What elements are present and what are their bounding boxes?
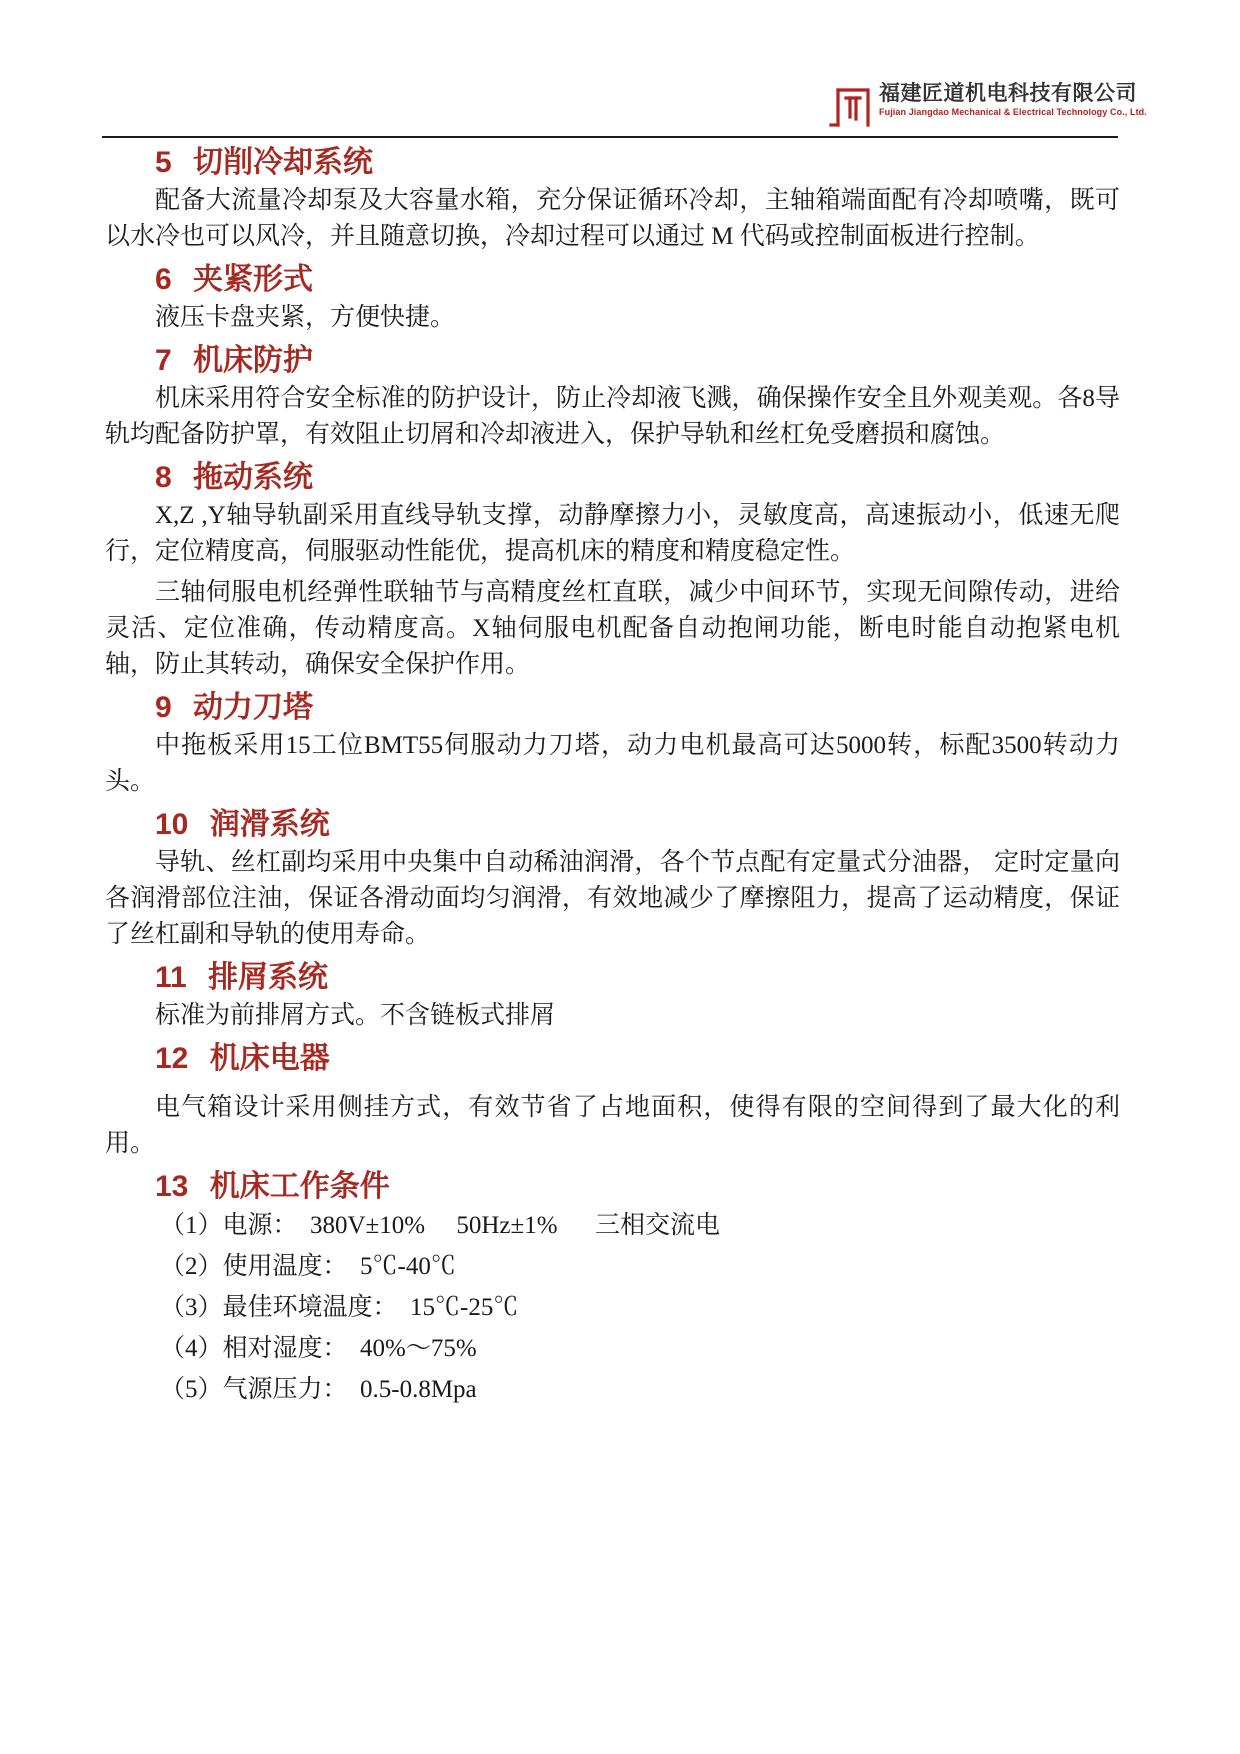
section-heading: 5 切削冷却系统 <box>155 146 1120 180</box>
section-drive-system: 8 拖动系统 X,Z ,Y轴导轨副采用直线导轨支撑，动静摩擦力小，灵敏度高，高速… <box>105 461 1120 683</box>
section-title: 夹紧形式 <box>193 263 313 296</box>
section-title: 机床防护 <box>193 344 313 377</box>
condition-item-ambient-temp: （3）最佳环境温度： 15℃-25℃ <box>160 1290 1120 1326</box>
section-title: 机床电器 <box>210 1042 330 1075</box>
paragraph: 配备大流量冷却泵及大容量水箱，充分保证循环冷却，主轴箱端面配有冷却喷嘴，既可以水… <box>105 183 1120 255</box>
section-number: 13 <box>155 1170 188 1203</box>
section-number: 6 <box>155 263 172 296</box>
paragraph: 机床采用符合安全标准的防护设计，防止冷却液飞溅，确保操作安全且外观美观。各8导轨… <box>105 381 1120 453</box>
section-heading: 7 机床防护 <box>155 344 1120 378</box>
section-chip-removal: 11 排屑系统 标准为前排屑方式。不含链板式排屑 <box>105 961 1120 1034</box>
section-number: 5 <box>155 146 172 179</box>
section-number: 9 <box>155 691 172 724</box>
working-conditions-list: （1）电源： 380V±10% 50Hz±1% 三相交流电 （2）使用温度： 5… <box>105 1208 1120 1408</box>
section-number: 11 <box>155 961 187 994</box>
section-power-turret: 9 动力刀塔 中拖板采用15工位BMT55伺服动力刀塔，动力电机最高可达5000… <box>105 691 1120 800</box>
section-cutting-cooling: 5 切削冷却系统 配备大流量冷却泵及大容量水箱，充分保证循环冷却，主轴箱端面配有… <box>105 146 1120 255</box>
company-name-zh: 福建匠道机电科技有限公司 <box>879 82 1147 106</box>
paragraph: 导轨、丝杠副均采用中央集中自动稀油润滑，各个节点配有定量式分油器， 定时定量向各… <box>105 845 1120 953</box>
section-number: 12 <box>155 1042 188 1075</box>
section-heading: 11 排屑系统 <box>155 961 1120 995</box>
paragraph: 标准为前排屑方式。不含链板式排屑 <box>105 998 1120 1034</box>
paragraph: X,Z ,Y轴导轨副采用直线导轨支撑，动静摩擦力小，灵敏度高，高速振动小，低速无… <box>105 498 1120 570</box>
condition-item-humidity: （4）相对湿度： 40%～75% <box>160 1331 1120 1367</box>
paragraph: 中拖板采用15工位BMT55伺服动力刀塔，动力电机最高可达5000转，标配350… <box>105 728 1120 800</box>
condition-item-operating-temp: （2）使用温度： 5℃-40℃ <box>160 1249 1120 1285</box>
section-number: 8 <box>155 461 172 494</box>
section-number: 10 <box>155 808 188 841</box>
section-lubrication: 10 润滑系统 导轨、丝杠副均采用中央集中自动稀油润滑，各个节点配有定量式分油器… <box>105 808 1120 953</box>
section-working-conditions: 13 机床工作条件 （1）电源： 380V±10% 50Hz±1% 三相交流电 … <box>105 1170 1120 1408</box>
paragraph: 三轴伺服电机经弹性联轴节与高精度丝杠直联，减少中间环节，实现无间隙传动，进给灵活… <box>105 575 1120 683</box>
section-title: 润滑系统 <box>210 808 330 841</box>
section-heading: 6 夹紧形式 <box>155 263 1120 297</box>
section-title: 拖动系统 <box>193 461 313 494</box>
document-page: 福建匠道机电科技有限公司 Fujian Jiangdao Mechanical … <box>0 0 1240 1754</box>
section-number: 7 <box>155 344 172 377</box>
section-machine-protection: 7 机床防护 机床采用符合安全标准的防护设计，防止冷却液飞溅，确保操作安全且外观… <box>105 344 1120 453</box>
section-title: 动力刀塔 <box>193 691 313 724</box>
section-heading: 9 动力刀塔 <box>155 691 1120 725</box>
section-title: 排屑系统 <box>208 961 328 994</box>
condition-item-air-pressure: （5）气源压力： 0.5-0.8Mpa <box>160 1372 1120 1408</box>
jiangdao-logo-icon <box>826 84 872 135</box>
company-name-en: Fujian Jiangdao Mechanical & Electrical … <box>879 106 1147 118</box>
section-title: 切削冷却系统 <box>193 146 373 179</box>
section-heading: 8 拖动系统 <box>155 461 1120 495</box>
company-name-block: 福建匠道机电科技有限公司 Fujian Jiangdao Mechanical … <box>879 82 1147 118</box>
section-heading: 13 机床工作条件 <box>155 1170 1120 1204</box>
company-logo: 福建匠道机电科技有限公司 Fujian Jiangdao Mechanical … <box>826 82 1147 135</box>
section-clamping: 6 夹紧形式 液压卡盘夹紧，方便快捷。 <box>105 263 1120 336</box>
section-heading: 12 机床电器 <box>155 1042 1120 1076</box>
section-machine-electrics: 12 机床电器 电气箱设计采用侧挂方式，有效节省了占地面积，使得有限的空间得到了… <box>105 1042 1120 1162</box>
section-title: 机床工作条件 <box>210 1170 390 1203</box>
document-content: 5 切削冷却系统 配备大流量冷却泵及大容量水箱，充分保证循环冷却，主轴箱端面配有… <box>105 138 1120 1413</box>
condition-item-power: （1）电源： 380V±10% 50Hz±1% 三相交流电 <box>160 1208 1120 1244</box>
paragraph: 液压卡盘夹紧，方便快捷。 <box>105 300 1120 336</box>
paragraph: 电气箱设计采用侧挂方式，有效节省了占地面积，使得有限的空间得到了最大化的利用。 <box>105 1090 1120 1162</box>
section-heading: 10 润滑系统 <box>155 808 1120 842</box>
